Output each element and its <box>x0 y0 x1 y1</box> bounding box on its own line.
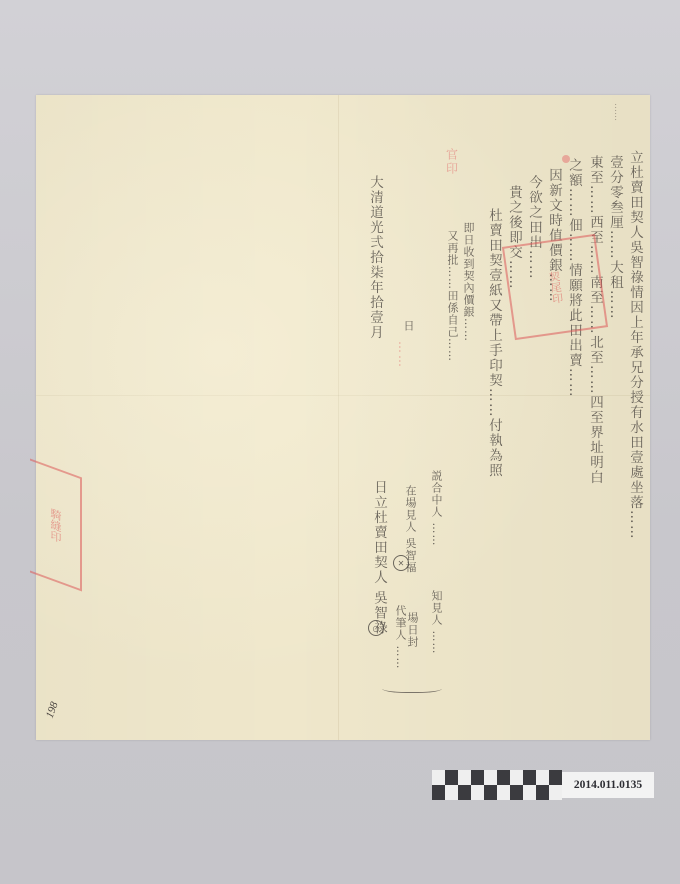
seller-mark-icon: ○ <box>368 620 384 636</box>
text-column-8: 杜賣田契壹紙又帶上手印契……付執為照 <box>485 208 502 478</box>
seal-middle-right <box>414 318 434 390</box>
seal-middle-left: …… <box>393 320 413 390</box>
text-column-1: 立杜賣田契人吳智祿情因上年承兄分授有水田壹處坐落…… <box>626 150 643 540</box>
text-column-2: 壹分零叁厘……大租…… <box>606 155 623 320</box>
text-column-9: 即日收到契內價銀…… <box>460 222 477 342</box>
accession-number-label: 2014.011.0135 <box>562 772 654 798</box>
text-column-10: 又再批……田係自己…… <box>444 230 461 362</box>
fold-line-horizontal <box>36 395 650 396</box>
witness-mark-icon: ✕ <box>393 555 409 571</box>
note-line: 場日封 <box>404 612 421 648</box>
knower-signature: 知見人 …… <box>428 590 445 655</box>
fold-line-vertical <box>338 95 339 740</box>
date-line: 大清道光弍拾柒年拾壹月 <box>366 175 383 340</box>
seal-top-center: 官印 <box>432 132 472 192</box>
calibration-checker-bar <box>432 770 562 800</box>
corner-note: …… <box>612 103 622 121</box>
signature-flourish <box>382 682 442 693</box>
seller-signature: 日立杜賣田契人 吳智祿 <box>370 480 387 636</box>
intermediary-signature: 説合中人 …… <box>428 470 445 547</box>
seal-right-large: 契尾印 <box>502 234 608 340</box>
seal-left-edge: 騎縫印 <box>30 459 82 592</box>
red-dot-mark <box>562 155 570 163</box>
